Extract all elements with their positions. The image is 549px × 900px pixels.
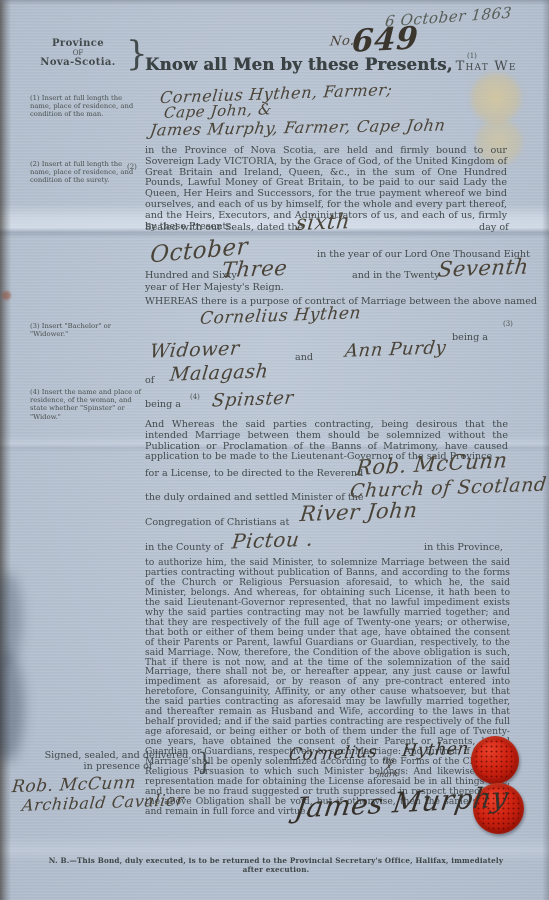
sealed-prefix: Sealed with our Seals, dated the (145, 223, 303, 234)
groom-signature-last: Hythen (401, 739, 470, 761)
province-caption-line: Nova-Scotia. (31, 57, 125, 68)
margin-note-4: (4) Insert the name and place of residen… (30, 388, 143, 421)
signed-sealed-block: Signed, sealed, and delivered, in presen… (42, 751, 194, 773)
county-handwriting: Pictou . (231, 527, 315, 554)
license-prefix: for a License, to be directed to the Rev… (145, 469, 363, 480)
and-label: and (295, 353, 313, 364)
page-edge-shadow (542, 0, 549, 900)
page-edge-shadow (0, 0, 549, 5)
province-caption: Province of Nova-Scotia. (31, 38, 125, 68)
mark-label: mark (376, 770, 398, 778)
year-handwriting: Three (221, 256, 289, 282)
day-of-label: day of (479, 223, 509, 234)
bride-residence-handwriting: Malagash (169, 360, 270, 386)
document-number-value: 649 (351, 20, 419, 60)
edge-stain (0, 652, 24, 762)
day-handwriting: sixth (295, 209, 352, 235)
heading-gothic: Know all Men by these Presents, (145, 55, 453, 74)
margin-note-2-ref: (2) (127, 163, 137, 171)
wax-seal-icon (471, 736, 519, 784)
margin-note-3: (3) Insert "Bachelor" or "Widower." (30, 322, 143, 338)
footnote-ref-4: (4) (190, 393, 200, 401)
footer-instruction-note: N. B.—This Bond, duly executed, is to be… (40, 856, 512, 874)
marriage-bond-document: 6 October 1863 No. 649 Province of Nova-… (0, 0, 549, 900)
signed-brace: } (197, 748, 212, 776)
bride-name-handwriting: Ann Purdy (344, 337, 447, 362)
county-prefix: in the County of (145, 543, 223, 554)
groom-signature-first: Cornelius (288, 742, 378, 765)
ink-speck (2, 291, 11, 300)
reign-year-handwriting: Seventh (437, 254, 530, 281)
his-mark-annotation: his✗mark (376, 756, 399, 778)
of-label: of (145, 376, 154, 387)
heading-line: Know all Men by these Presents, That We (145, 60, 515, 74)
province-suffix: in this Province, (424, 543, 503, 554)
being-a-label-2: being a (145, 400, 181, 411)
groom-name-handwriting: Cornelius Hythen (199, 303, 362, 329)
bride-status-handwriting: Spinster (211, 388, 295, 412)
being-a-label: being a (452, 333, 488, 344)
footnote-ref-3: (3) (503, 320, 513, 328)
footnote-ref-1: (1) (467, 52, 477, 60)
signed-line-2: in presence of (42, 762, 194, 773)
province-caption-line: Province (31, 38, 125, 49)
heading-that-we: That We (456, 59, 517, 74)
page-edge-shadow (0, 0, 11, 900)
surety-name-handwriting: James Murphy, Farmer, Cape John (149, 115, 447, 139)
congregation-place-handwriting: River John (299, 498, 419, 526)
edge-stain (0, 572, 22, 664)
groom-status-handwriting: Widower (149, 337, 241, 362)
groom-signature: Corneliushis✗markHythen (286, 739, 470, 781)
margin-note-1: (1) Insert at full length the name, plac… (30, 94, 143, 119)
reign-suffix: year of Her Majesty's Reign. (145, 283, 284, 294)
twenty-prefix: and in the Twenty (352, 271, 440, 282)
province-caption-line: of (31, 49, 125, 57)
